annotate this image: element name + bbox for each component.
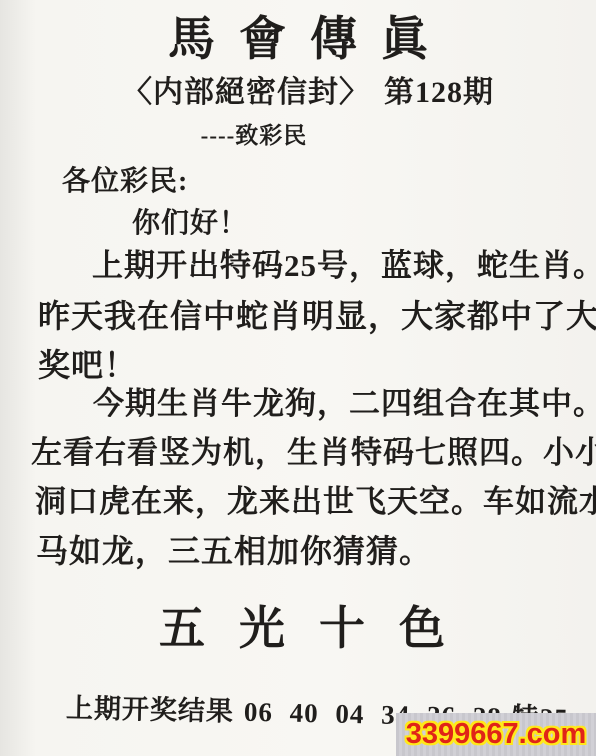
paragraph2-line3: 洞口虎在来，龙来出世飞天空。车如流水 [35,486,596,517]
watermark-site-text: 3399667.com [406,720,587,749]
paragraph1-line1: 上期开出特码25号，蓝球，蛇生肖。 [92,250,596,281]
subtitle-bracket: 〈内部絕密信封〉 [122,76,370,109]
watermark-strip: 3399667.com [396,713,596,756]
dedication: ----致彩民 [0,124,552,147]
paragraph2-line1: 今期生肖牛龙狗，二四组合在其中。 [93,388,596,419]
result-label: 上期开奖结果 [66,693,235,727]
paragraph2-line2: 左看右看竖为机，生肖特码七照四。小小 [31,437,596,468]
issue-number: 第128期 [384,76,494,109]
greeting: 你们好！ [132,210,248,238]
fax-page: 馬會傳眞 〈内部絕密信封〉第128期 ----致彩民 各位彩民: 你们好！ 上期… [0,0,596,756]
salutation: 各位彩民: [62,168,188,196]
paragraph1-line3: 奖吧！ [38,349,137,381]
subtitle-line: 〈内部絕密信封〉第128期 [10,78,596,108]
paragraph2-line4: 马如龙，三五相加你猜猜。 [36,535,432,567]
paragraph1-line2: 昨天我在信中蛇肖明显，大家都中了大 [38,300,596,332]
slogan: 五光十色 [4,606,596,652]
page-title: 馬會傳眞 [0,17,596,64]
